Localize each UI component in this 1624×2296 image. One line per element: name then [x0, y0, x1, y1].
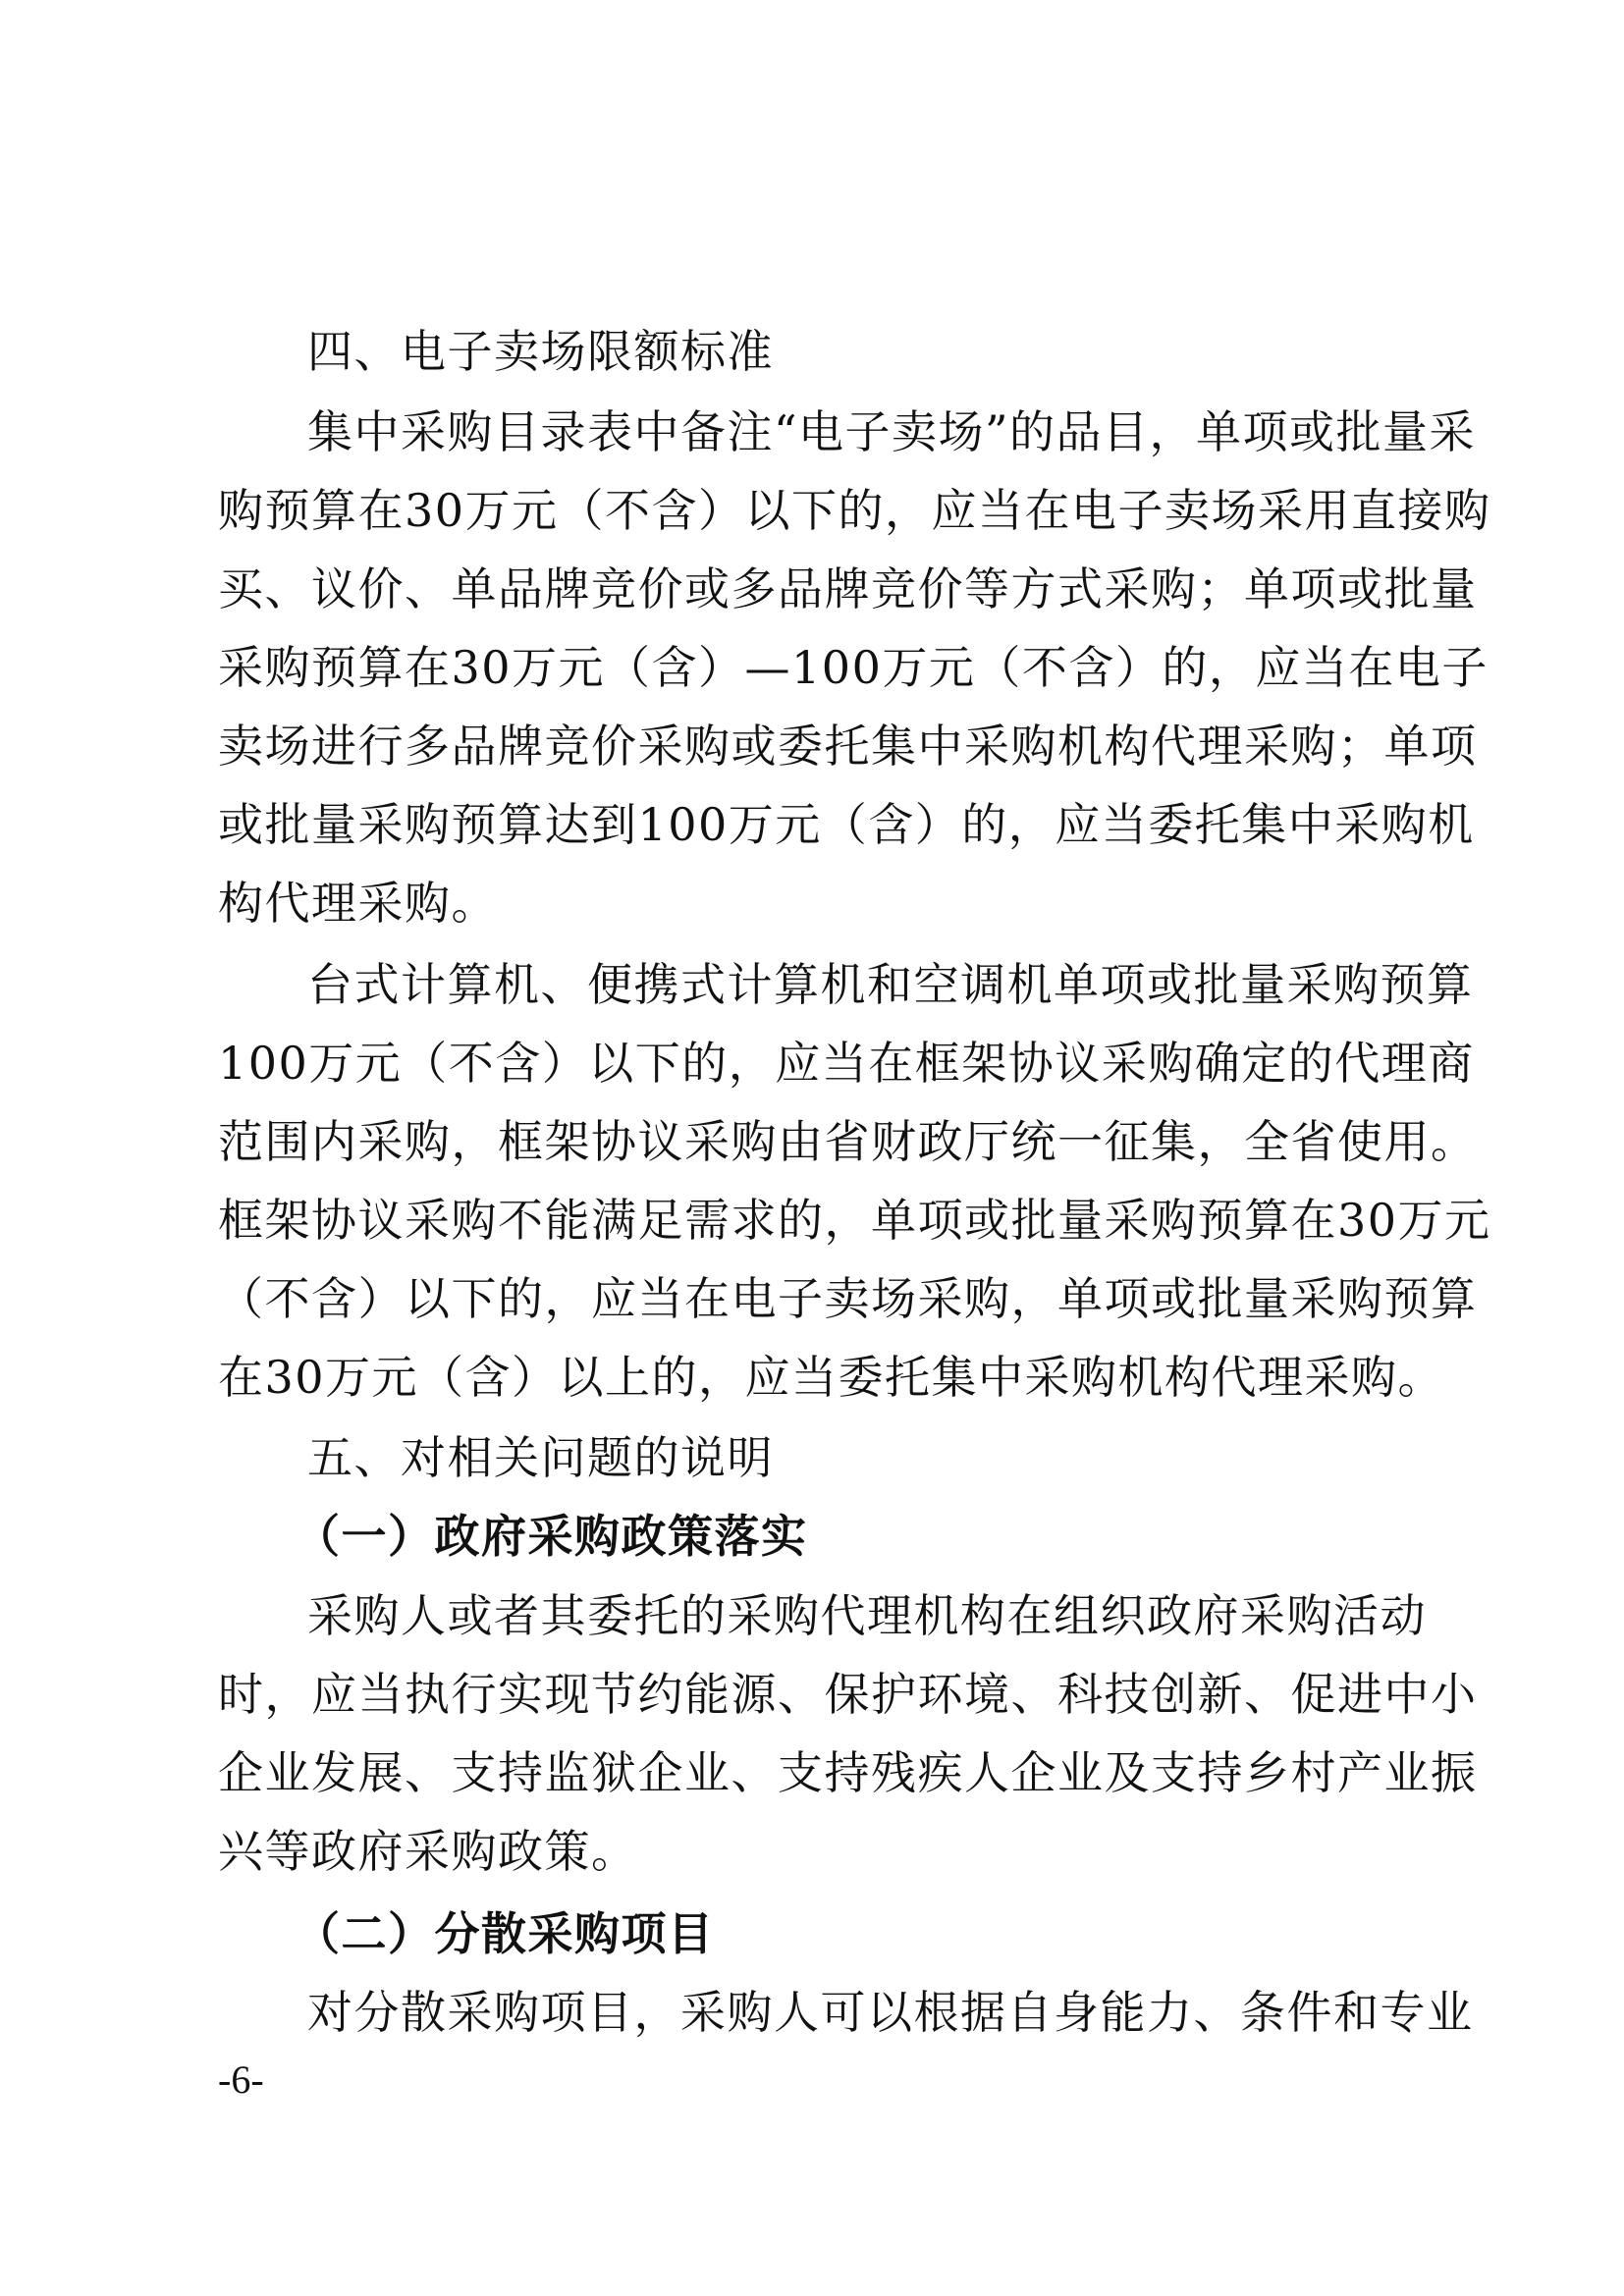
- paragraph-line: 集中采购目录表中备注“电子卖场”的品目，单项或批量采: [307, 404, 1380, 459]
- page-number: -6-: [218, 2056, 264, 2105]
- paragraph-line: 企业发展、支持监狱企业、支持残疾人企业及支持乡村产业振: [218, 1745, 1380, 1800]
- paragraph-line: 构代理采购。: [218, 876, 1380, 931]
- paragraph-line: 台式计算机、便携式计算机和空调机单项或批量采购预算: [307, 957, 1380, 1012]
- paragraph-line: 兴等政府采购政策。: [218, 1824, 1380, 1879]
- paragraph-line: 或批量采购预算达到100万元（含）的，应当委托集中采购机: [218, 797, 1380, 852]
- subsection-1-heading: （一）政府采购政策落实: [295, 1509, 1457, 1564]
- paragraph-line: （不含）以下的，应当在电子卖场采购，单项或批量采购预算: [218, 1271, 1380, 1326]
- paragraph-line: 对分散采购项目，采购人可以根据自身能力、条件和专业: [307, 1985, 1380, 2040]
- paragraph-line: 100万元（不含）以下的，应当在框架协议采购确定的代理商: [218, 1036, 1380, 1091]
- paragraph-line: 采购人或者其委托的采购代理机构在组织政府采购活动: [307, 1588, 1380, 1643]
- section-4-heading: 四、电子卖场限额标准: [307, 324, 1380, 379]
- paragraph-line: 在30万元（含）以上的，应当委托集中采购机构代理采购。: [218, 1350, 1380, 1405]
- paragraph-line: 卖场进行多品牌竞价采购或委托集中采购机构代理采购；单项: [218, 719, 1380, 774]
- paragraph-line: 采购预算在30万元（含）—100万元（不含）的，应当在电子: [218, 640, 1380, 695]
- paragraph-line: 买、议价、单品牌竞价或多品牌竞价等方式采购；单项或批量: [218, 561, 1380, 616]
- paragraph-line: 范围内采购，框架协议采购由省财政厅统一征集，全省使用。: [218, 1114, 1380, 1169]
- section-5-heading: 五、对相关问题的说明: [307, 1430, 1380, 1485]
- paragraph-line: 时，应当执行实现节约能源、保护环境、科技创新、促进中小: [218, 1667, 1380, 1722]
- paragraph-line: 购预算在30万元（不含）以下的，应当在电子卖场采用直接购: [218, 483, 1380, 538]
- paragraph-line: 框架协议采购不能满足需求的，单项或批量采购预算在30万元: [218, 1193, 1380, 1248]
- subsection-2-heading: （二）分散采购项目: [295, 1906, 1457, 1961]
